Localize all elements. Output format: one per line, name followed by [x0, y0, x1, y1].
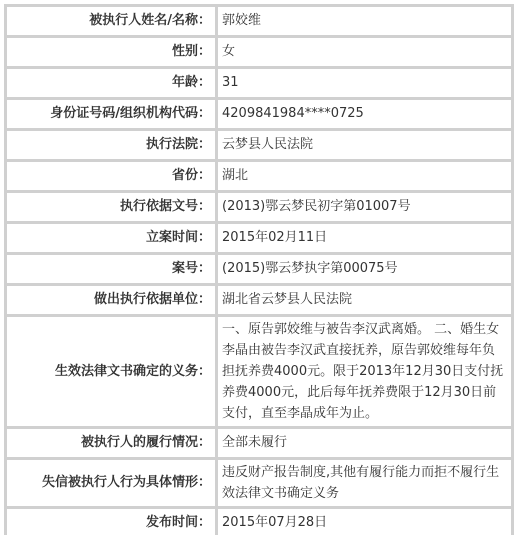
label-name: 被执行人姓名/名称：	[6, 6, 217, 37]
value-filing-date: 2015年02月11日	[217, 223, 513, 254]
value-case-number: (2015)鄂云梦执字第00075号	[217, 254, 513, 285]
row-case-number: 案号： (2015)鄂云梦执字第00075号	[6, 254, 513, 285]
dishonest-debtor-info-table: 被执行人姓名/名称： 郭姣维 性别： 女 年龄： 31 身份证号码/组织机构代码…	[4, 4, 514, 535]
row-id-number: 身份证号码/组织机构代码： 4209841984****0725	[6, 99, 513, 130]
row-obligations: 生效法律文书确定的义务： 一、原告郭姣维与被告李汉武离婚。 二、婚生女李晶由被告…	[6, 316, 513, 428]
row-publish-date: 发布时间： 2015年07月28日	[6, 508, 513, 535]
row-dishonest-behavior: 失信被执行人行为具体情形： 违反财产报告制度,其他有履行能力而拒不履行生效法律文…	[6, 459, 513, 508]
label-obligations: 生效法律文书确定的义务：	[6, 316, 217, 428]
row-executing-court: 执行法院： 云梦县人民法院	[6, 130, 513, 161]
label-executing-court: 执行法院：	[6, 130, 217, 161]
row-age: 年龄： 31	[6, 68, 513, 99]
label-publish-date: 发布时间：	[6, 508, 217, 535]
value-province: 湖北	[217, 161, 513, 192]
row-issuing-unit: 做出执行依据单位： 湖北省云梦县人民法院	[6, 285, 513, 316]
label-id-number: 身份证号码/组织机构代码：	[6, 99, 217, 130]
value-performance-status: 全部未履行	[217, 428, 513, 459]
row-basis-document-no: 执行依据文号： (2013)鄂云梦民初字第01007号	[6, 192, 513, 223]
label-performance-status: 被执行人的履行情况：	[6, 428, 217, 459]
value-basis-document-no: (2013)鄂云梦民初字第01007号	[217, 192, 513, 223]
value-publish-date: 2015年07月28日	[217, 508, 513, 535]
label-filing-date: 立案时间：	[6, 223, 217, 254]
value-gender: 女	[217, 37, 513, 68]
label-age: 年龄：	[6, 68, 217, 99]
row-name: 被执行人姓名/名称： 郭姣维	[6, 6, 513, 37]
row-performance-status: 被执行人的履行情况： 全部未履行	[6, 428, 513, 459]
label-case-number: 案号：	[6, 254, 217, 285]
value-issuing-unit: 湖北省云梦县人民法院	[217, 285, 513, 316]
label-province: 省份：	[6, 161, 217, 192]
row-gender: 性别： 女	[6, 37, 513, 68]
label-dishonest-behavior: 失信被执行人行为具体情形：	[6, 459, 217, 508]
label-gender: 性别：	[6, 37, 217, 68]
value-id-number: 4209841984****0725	[217, 99, 513, 130]
value-age: 31	[217, 68, 513, 99]
value-name: 郭姣维	[217, 6, 513, 37]
value-obligations: 一、原告郭姣维与被告李汉武离婚。 二、婚生女李晶由被告李汉武直接抚养，原告郭姣维…	[217, 316, 513, 428]
label-issuing-unit: 做出执行依据单位：	[6, 285, 217, 316]
label-basis-document-no: 执行依据文号：	[6, 192, 217, 223]
value-dishonest-behavior: 违反财产报告制度,其他有履行能力而拒不履行生效法律文书确定义务	[217, 459, 513, 508]
row-province: 省份： 湖北	[6, 161, 513, 192]
row-filing-date: 立案时间： 2015年02月11日	[6, 223, 513, 254]
value-executing-court: 云梦县人民法院	[217, 130, 513, 161]
